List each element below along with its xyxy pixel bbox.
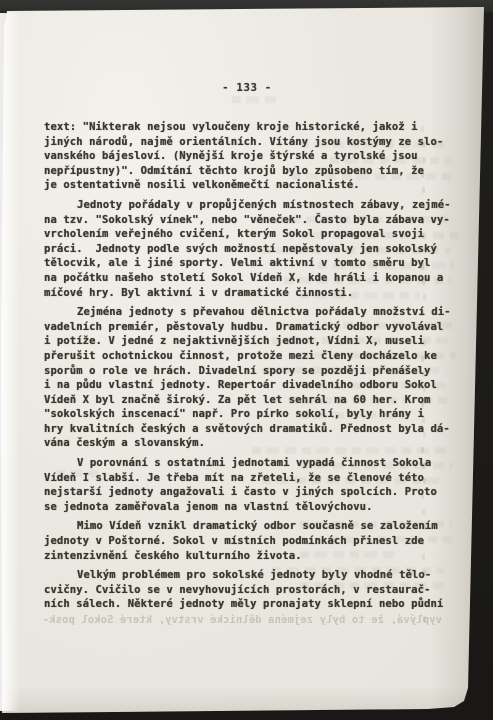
text-line: práci. Jednoty podle svých možností nepě… xyxy=(44,242,452,257)
paragraph: Mimo Vídeň vznikl dramatický odbor souča… xyxy=(44,519,452,563)
text-line: jiných národů, najmě orientálních. Vítán… xyxy=(44,135,452,150)
text-line: na tzv. "Sokolský vínek", nebo "věneček"… xyxy=(44,213,452,228)
text-line: Mimo Vídeň vznikl dramatický odbor souča… xyxy=(44,519,452,534)
text-line: sporům o role ve hrách. Divadelní spory … xyxy=(44,364,452,379)
paragraph: Zejména jednoty s převahou dělnictva poř… xyxy=(44,305,452,451)
text-line: Vídeň I slabší. Je třeba mít na zřeteli,… xyxy=(44,471,452,486)
text-line: tělocvik, ale i jiné sporty. Velmi aktiv… xyxy=(44,256,452,271)
body-text: text: "Nikterak nejsou vyloučeny kroje h… xyxy=(44,120,452,617)
text-line: míčové hry. Byl aktivní i v dramatické č… xyxy=(44,286,452,301)
text-line: hry kvalitních českých a světových drama… xyxy=(44,422,452,437)
text-line: nejstarší jednoty angažovali i často v j… xyxy=(44,485,452,500)
text-line: i na půdu vlastní jednoty. Repertoár div… xyxy=(44,378,452,393)
text-line: nepřípustny)". Odmítání těchto krojů byl… xyxy=(44,164,452,179)
text-line: vrcholením veřejného cvičení, kterým Sok… xyxy=(44,227,452,242)
paragraph: Velkým problémem pro sokolské jednoty by… xyxy=(44,568,452,612)
text-line: vadelních premiér, pěstovaly hudbu. Dram… xyxy=(44,320,452,335)
text-line: jednoty v Poštorné. Sokol v místních pod… xyxy=(44,534,452,549)
text-line: zintenzivnění českého kulturního života. xyxy=(44,549,452,564)
text-line: na počátku našeho století Sokol Vídeň X,… xyxy=(44,271,452,286)
text-line: i potíže. V jedné z nejaktivnějších jedn… xyxy=(44,334,452,349)
text-line: text: "Nikterak nejsou vyloučeny kroje h… xyxy=(44,120,452,135)
paragraph: V porovnání s ostatními jednotami vypadá… xyxy=(44,456,452,514)
text-line: cvičny. Cvičilo se v nevyhovujících pros… xyxy=(44,583,452,598)
text-line: se jednota zaměřovala jenom na vlastní t… xyxy=(44,500,452,515)
text-line: Zejména jednoty s převahou dělnictva poř… xyxy=(44,305,452,320)
text-line: Jednoty pořádaly v propůjčených místnost… xyxy=(44,198,452,213)
paragraph: text: "Nikterak nejsou vyloučeny kroje h… xyxy=(44,120,452,193)
text-line: Velkým problémem pro sokolské jednoty by… xyxy=(44,568,452,583)
page-number: - 133 - xyxy=(44,81,450,94)
text-line: ních sálech. Některé jednoty měly pronaj… xyxy=(44,597,452,612)
text-line: "sokolských inscenací" např. Pro pírko s… xyxy=(44,407,452,422)
paragraph: Jednoty pořádaly v propůjčených místnost… xyxy=(44,198,452,300)
text-line: Vídeň X byl značně široký. Za pět let se… xyxy=(44,393,452,408)
text-line: V porovnání s ostatními jednotami vypadá… xyxy=(44,456,452,471)
text-line: je ostentativně nosili velkoněmečtí naci… xyxy=(44,178,452,193)
text-line: vanského bájesloví. (Nynější kroje štýrs… xyxy=(44,149,452,164)
text-line: přerušit ochotnickou činnost, protože me… xyxy=(44,349,452,364)
scanned-document: vyplývá, že to byly zejména dělnické vrs… xyxy=(0,0,493,720)
text-line: vána českým a slovanským. xyxy=(44,436,452,451)
